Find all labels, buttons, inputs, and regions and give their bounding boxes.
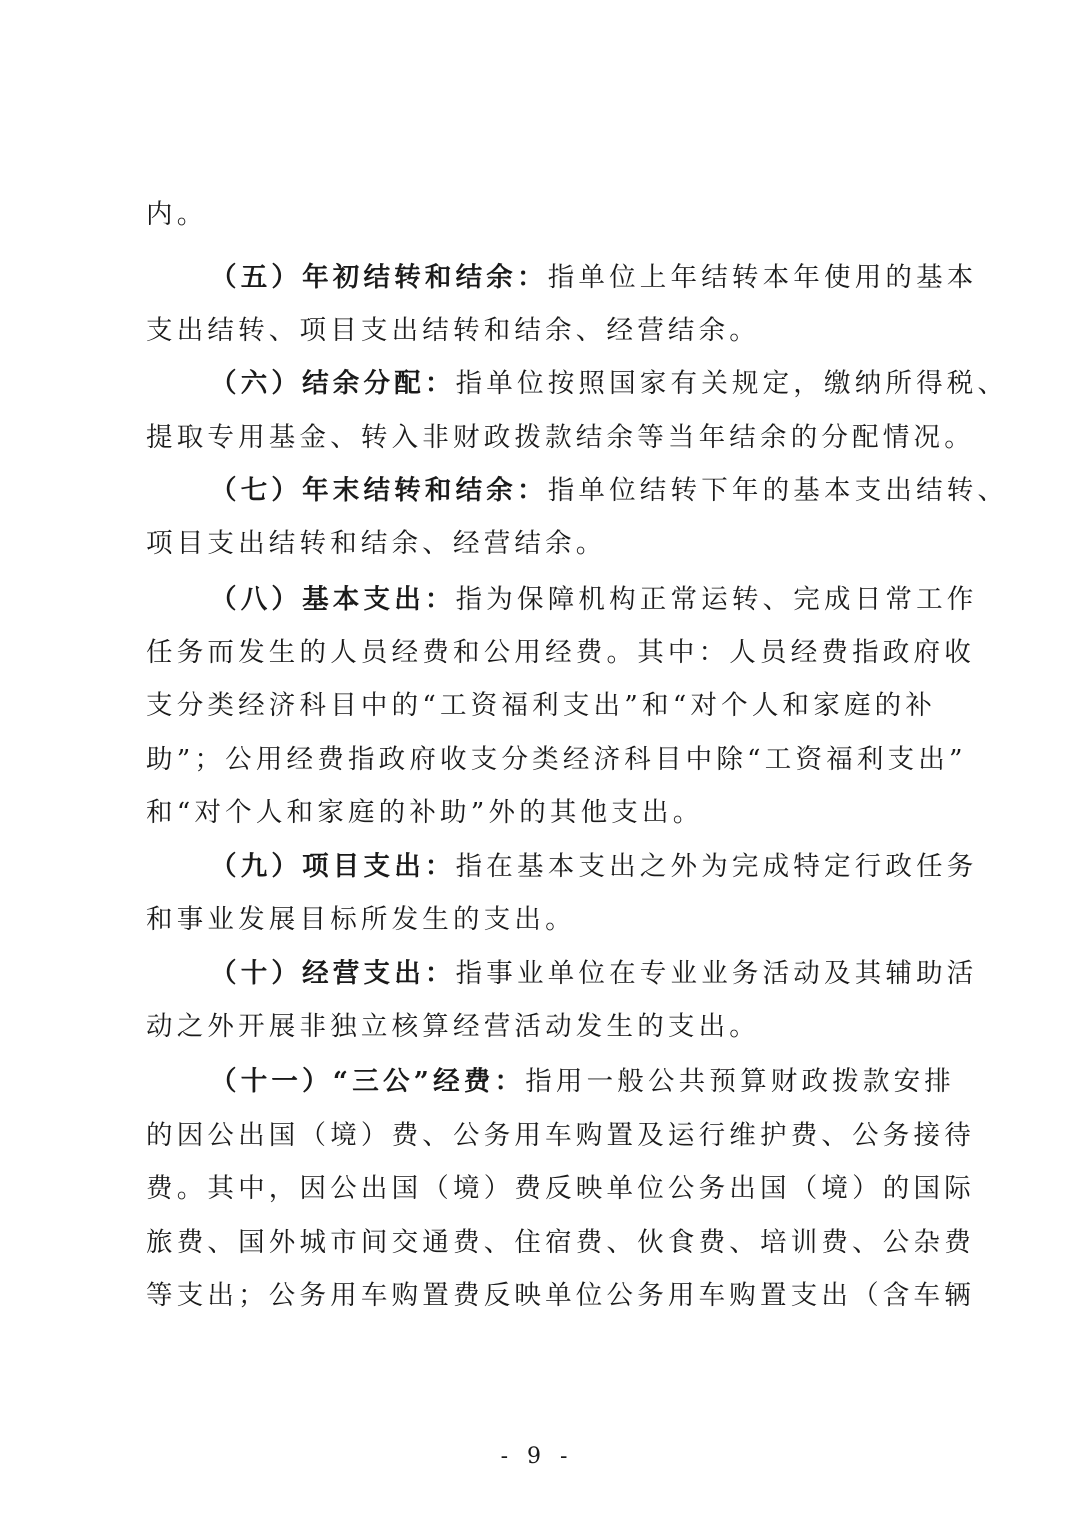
paragraph-line: 和“对个人和家庭的补助”外的其他支出。 xyxy=(146,793,976,833)
paragraph-start-line: （十）经营支出：指事业单位在专业业务活动及其辅助活 xyxy=(210,954,1040,994)
term-heading: （七）年末结转和结余： xyxy=(210,475,548,506)
term-heading: （六）结余分配： xyxy=(210,368,456,399)
term-heading: （九）项目支出： xyxy=(210,851,456,882)
paragraph-line: 内。 xyxy=(146,195,976,235)
definition-text: 和“对个人和家庭的补助”外的其他支出。 xyxy=(146,797,703,828)
paragraph-line: 费。其中，因公出国（境）费反映单位公务出国（境）的国际 xyxy=(146,1169,976,1209)
paragraph-start-line: （九）项目支出：指在基本支出之外为完成特定行政任务 xyxy=(210,847,1040,887)
definition-text: 助”；公用经费指政府收支分类经济科目中除“工资福利支出” xyxy=(146,744,967,775)
definition-text: 的因公出国（境）费、公务用车购置及运行维护费、公务接待 xyxy=(146,1120,975,1151)
definition-text: 等支出；公务用车购置费反映单位公务用车购置支出（含车辆 xyxy=(146,1280,975,1311)
paragraph-start-line: （八）基本支出：指为保障机构正常运转、完成日常工作 xyxy=(210,580,1040,620)
definition-text: 指单位上年结转本年使用的基本 xyxy=(548,262,978,293)
paragraph-line: 的因公出国（境）费、公务用车购置及运行维护费、公务接待 xyxy=(146,1116,976,1156)
paragraph-line: 支分类经济科目中的“工资福利支出”和“对个人和家庭的补 xyxy=(146,686,976,726)
term-heading: （十一）“三公”经费： xyxy=(210,1066,525,1097)
term-heading: （八）基本支出： xyxy=(210,584,456,615)
paragraph-start-line: （五）年初结转和结余：指单位上年结转本年使用的基本 xyxy=(210,258,1040,298)
definition-text: 动之外开展非独立核算经营活动发生的支出。 xyxy=(146,1011,760,1042)
paragraph-start-line: （十一）“三公”经费：指用一般公共预算财政拨款安排 xyxy=(210,1062,1040,1102)
paragraph-line: 等支出；公务用车购置费反映单位公务用车购置支出（含车辆 xyxy=(146,1276,976,1316)
definition-text: 提取专用基金、转入非财政拨款结余等当年结余的分配情况。 xyxy=(146,422,975,453)
definition-text: 支分类经济科目中的“工资福利支出”和“对个人和家庭的补 xyxy=(146,690,936,721)
paragraph-line: 和事业发展目标所发生的支出。 xyxy=(146,900,976,940)
paragraph-line: 动之外开展非独立核算经营活动发生的支出。 xyxy=(146,1007,976,1047)
paragraph-line: 提取专用基金、转入非财政拨款结余等当年结余的分配情况。 xyxy=(146,418,976,458)
definition-text: 旅费、国外城市间交通费、住宿费、伙食费、培训费、公杂费 xyxy=(146,1227,975,1258)
term-heading: （十）经营支出： xyxy=(210,958,456,989)
definition-text: 指在基本支出之外为完成特定行政任务 xyxy=(456,851,978,882)
paragraph-line: 助”；公用经费指政府收支分类经济科目中除“工资福利支出” xyxy=(146,740,976,780)
paragraph-start-line: （六）结余分配：指单位按照国家有关规定，缴纳所得税、 xyxy=(210,364,1040,404)
term-heading: （五）年初结转和结余： xyxy=(210,262,548,293)
paragraph-line: 项目支出结转和结余、经营结余。 xyxy=(146,524,976,564)
definition-text: 指单位结转下年的基本支出结转、 xyxy=(548,475,1009,506)
definition-text: 任务而发生的人员经费和公用经费。其中：人员经费指政府收 xyxy=(146,637,975,668)
page-number: - 9 - xyxy=(0,1442,1074,1472)
definition-text: 费。其中，因公出国（境）费反映单位公务出国（境）的国际 xyxy=(146,1173,975,1204)
definition-text: 指事业单位在专业业务活动及其辅助活 xyxy=(456,958,978,989)
definition-text: 指用一般公共预算财政拨款安排 xyxy=(525,1066,955,1097)
definition-text: 内。 xyxy=(146,199,207,230)
definition-text: 和事业发展目标所发生的支出。 xyxy=(146,904,576,935)
paragraph-line: 任务而发生的人员经费和公用经费。其中：人员经费指政府收 xyxy=(146,633,976,673)
paragraph-start-line: （七）年末结转和结余：指单位结转下年的基本支出结转、 xyxy=(210,471,1040,511)
definition-text: 项目支出结转和结余、经营结余。 xyxy=(146,528,607,559)
definition-text: 指为保障机构正常运转、完成日常工作 xyxy=(456,584,978,615)
paragraph-line: 旅费、国外城市间交通费、住宿费、伙食费、培训费、公杂费 xyxy=(146,1223,976,1263)
document-page: 内。（五）年初结转和结余：指单位上年结转本年使用的基本支出结转、项目支出结转和结… xyxy=(0,0,1074,1520)
paragraph-line: 支出结转、项目支出结转和结余、经营结余。 xyxy=(146,311,976,351)
definition-text: 支出结转、项目支出结转和结余、经营结余。 xyxy=(146,315,760,346)
definition-text: 指单位按照国家有关规定，缴纳所得税、 xyxy=(456,368,1009,399)
